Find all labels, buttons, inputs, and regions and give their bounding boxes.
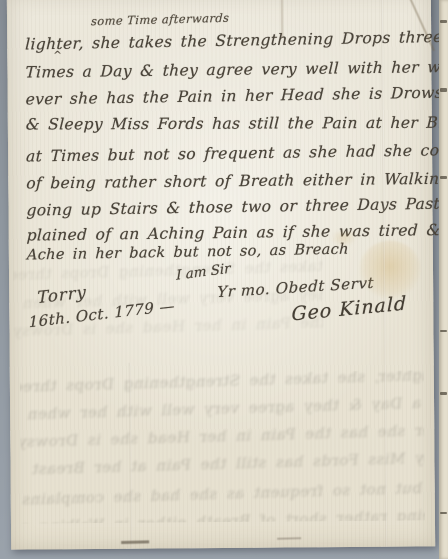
letter-body-line: at Times but not so frequent as she had … xyxy=(26,140,448,165)
adjacent-page-ink-mark xyxy=(440,330,447,332)
paper-stain-small xyxy=(331,229,357,247)
letter-body-line: ever she has the Pain in her Head she is… xyxy=(25,83,448,108)
paper-stain xyxy=(359,240,421,298)
ink-bleedthrough-mid: lighter, she takes the Strengthening Dro… xyxy=(13,259,324,341)
ink-bleedthrough-lower: lighter, she takes the Strengthening Dro… xyxy=(20,370,425,523)
letter-body: lighter, she takes the Strengthening Dro… xyxy=(25,32,425,275)
adjacent-page-edge xyxy=(439,0,448,559)
adjacent-page-ink-mark xyxy=(440,392,447,395)
photographed-letter-scene: some Time afterwards ^ lighter, she take… xyxy=(0,0,448,559)
bleedthrough-line: ever she has the Pain in her Head she is… xyxy=(20,421,425,451)
bleedthrough-line: Times a Day & they agree very well with … xyxy=(21,281,323,312)
letter-page: some Time afterwards ^ lighter, she take… xyxy=(7,0,435,550)
ink-smudge-bottom-edge-2 xyxy=(277,537,301,540)
letter-body-line: going up Stairs & those two or three Day… xyxy=(26,194,448,220)
adjacent-page-ink-mark xyxy=(440,88,447,92)
bleedthrough-line: & Sleepy Miss Fords has still the Pain a… xyxy=(31,447,425,478)
letter-body-line: of being rather short of Breath either i… xyxy=(26,169,448,192)
bleedthrough-line: Times a Day & they agree very well with … xyxy=(26,392,425,423)
adjacent-page-ink-mark xyxy=(440,20,447,23)
letter-body-line: & Sleepy Miss Fords has still the Pain a… xyxy=(25,114,448,134)
inserted-note: some Time afterwards xyxy=(91,11,230,29)
ink-smudge-bottom-edge xyxy=(121,540,149,544)
bleedthrough-line: lighter, she takes the Strengthening Dro… xyxy=(13,259,324,284)
bleedthrough-line: of being rather short of Breath either i… xyxy=(20,505,425,523)
adjacent-page-ink-mark xyxy=(440,176,447,179)
letter-body-line: Times a Day & they agree very well with … xyxy=(25,58,448,82)
adjacent-page-ink-mark xyxy=(440,512,447,514)
fold-crease-top xyxy=(281,0,283,38)
bleedthrough-line: at Times but not so frequent as she had … xyxy=(21,477,425,509)
bleedthrough-line: lighter, she takes the Strengthening Dro… xyxy=(20,370,425,396)
bleedthrough-line: ever she has the Pain in her Head she is… xyxy=(13,310,324,340)
